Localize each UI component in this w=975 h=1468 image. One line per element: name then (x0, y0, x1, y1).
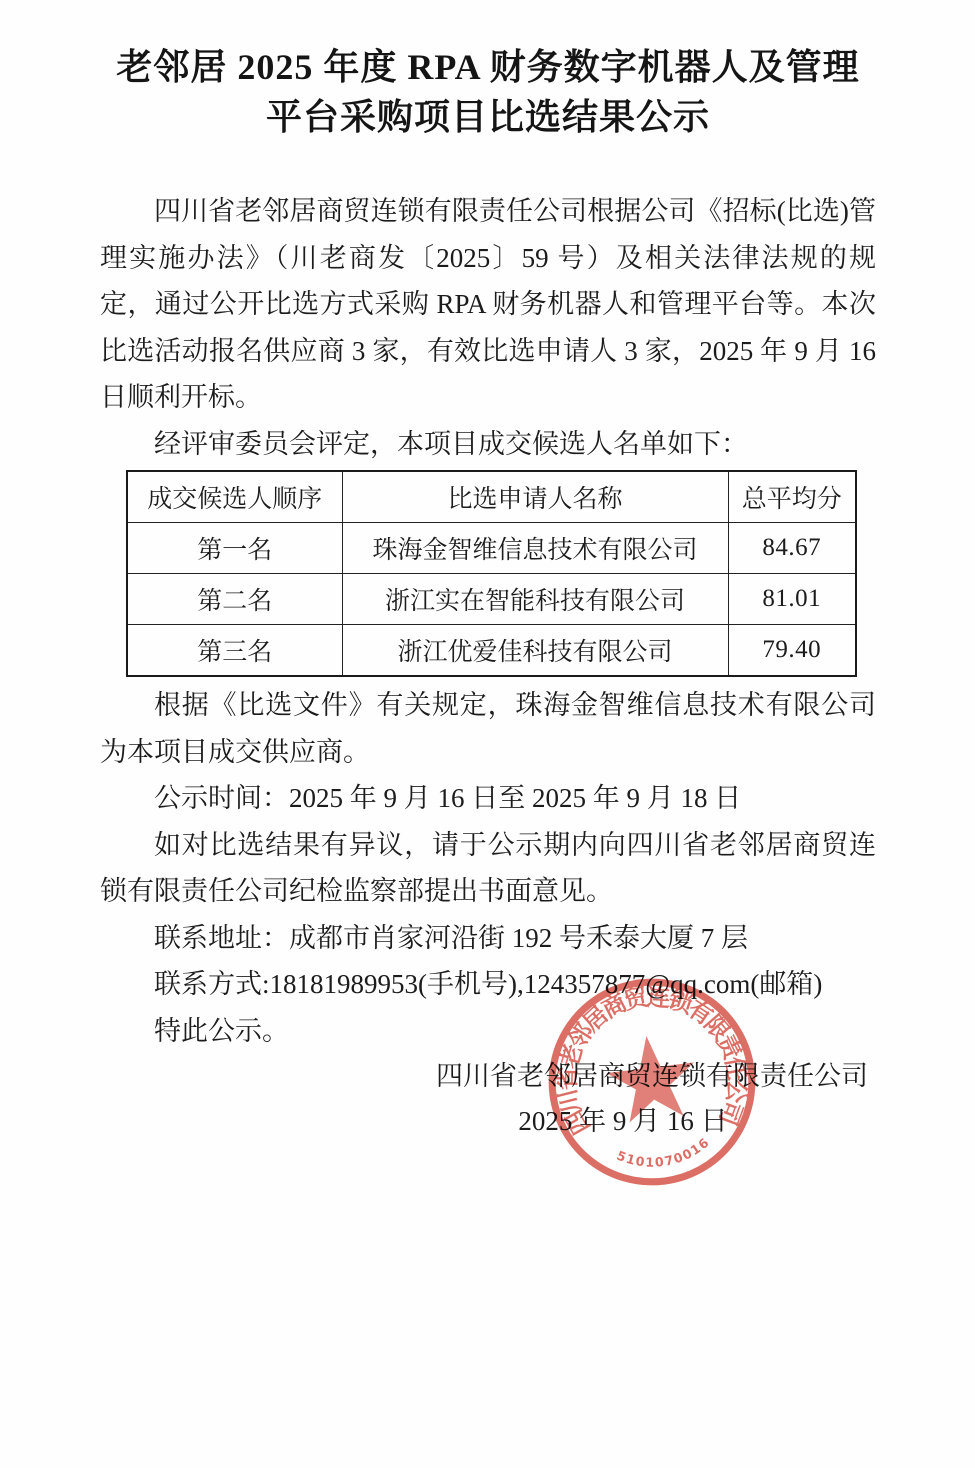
rank-cell: 第三名 (127, 625, 342, 677)
signature-company: 四川省老邻居商贸连锁有限责任公司 (434, 1054, 870, 1099)
company-cell: 浙江优爱佳科技有限公司 (342, 625, 728, 677)
table-row: 第一名 珠海金智维信息技术有限公司 84.67 (127, 523, 856, 574)
table-header-row: 成交候选人顺序 比选申请人名称 总平均分 (127, 471, 856, 523)
score-cell: 79.40 (728, 625, 856, 677)
objection-notice: 如对比选结果有异议，请于公示期内向四川省老邻居商贸连锁有限责任公司纪检监察部提出… (100, 822, 876, 915)
company-cell: 珠海金智维信息技术有限公司 (342, 523, 728, 574)
table-intro-paragraph: 经评审委员会评定，本项目成交候选人名单如下： (100, 421, 876, 468)
title-line-2: 平台采购项目比选结果公示 (100, 92, 876, 142)
closing-statement: 特此公示。 (100, 1008, 876, 1055)
document-content: 老邻居 2025 年度 RPA 财务数字机器人及管理 平台采购项目比选结果公示 … (100, 0, 876, 1144)
score-cell: 81.01 (728, 574, 856, 625)
header-rank: 成交候选人顺序 (127, 471, 342, 523)
award-paragraph: 根据《比选文件》有关规定，珠海金智维信息技术有限公司为本项目成交供应商。 (100, 682, 876, 775)
company-cell: 浙江实在智能科技有限公司 (342, 574, 728, 625)
result-table: 成交候选人顺序 比选申请人名称 总平均分 第一名 珠海金智维信息技术有限公司 8… (126, 470, 857, 677)
intro-paragraph: 四川省老邻居商贸连锁有限责任公司根据公司《招标(比选)管理实施办法》（川老商发〔… (100, 188, 876, 421)
rank-cell: 第二名 (127, 574, 342, 625)
score-cell: 84.67 (728, 523, 856, 574)
header-company: 比选申请人名称 (342, 471, 728, 523)
signature-date: 2025 年 9 月 16 日 (434, 1099, 812, 1144)
title-line-1: 老邻居 2025 年度 RPA 财务数字机器人及管理 (100, 42, 876, 92)
publicity-period: 公示时间：2025 年 9 月 16 日至 2025 年 9 月 18 日 (100, 775, 876, 822)
document-page: 老邻居 2025 年度 RPA 财务数字机器人及管理 平台采购项目比选结果公示 … (0, 0, 975, 1468)
table-row: 第三名 浙江优爱佳科技有限公司 79.40 (127, 625, 856, 677)
table-row: 第二名 浙江实在智能科技有限公司 81.01 (127, 574, 856, 625)
rank-cell: 第一名 (127, 523, 342, 574)
document-title: 老邻居 2025 年度 RPA 财务数字机器人及管理 平台采购项目比选结果公示 (100, 42, 876, 142)
header-score: 总平均分 (728, 471, 856, 523)
contact-address: 联系地址：成都市肖家河沿街 192 号禾泰大厦 7 层 (100, 915, 876, 962)
contact-info: 联系方式:18181989953(手机号),124357877@qq.com(邮… (100, 961, 876, 1008)
signature-block: 四川省老邻居商贸连锁有限责任公司 2025 年 9 月 16 日 (434, 1054, 870, 1144)
